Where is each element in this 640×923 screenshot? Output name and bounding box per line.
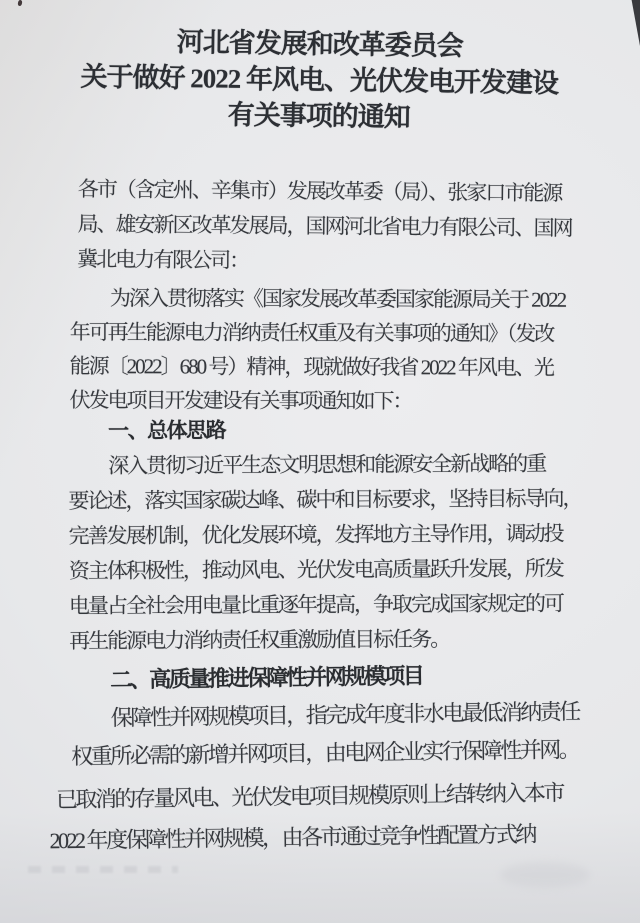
section-1-heading: 一、总体思路	[68, 411, 581, 449]
intro-line: 为深入贯彻落实《国家发展改革委国家能源局关于 2022	[70, 281, 565, 317]
section-1-line: 完善发展机制，优化发展环境，发挥地方主导作用，调动投	[69, 516, 582, 554]
paper-showthrough-marks	[28, 866, 178, 873]
addressee-line: 冀北电力有限公司：	[77, 242, 571, 281]
document-page: 河北省发展和改革委员会 关于做好 2022 年风电、光伏发电开发建设 有关事项的…	[0, 0, 640, 923]
section-1-line: 电量占全社会用电量比重逐年提高，争取完成国家规定的可	[69, 586, 582, 624]
notice-title: 河北省发展和改革委员会 关于做好 2022 年风电、光伏发电开发建设 有关事项的…	[0, 22, 640, 139]
section-2: 二、高质量推进保障性并网规模项目 保障性并网规模项目，指完成年度非水电最低消纳责…	[70, 655, 581, 860]
section-1-line: 要论述，落实国家碳达峰、碳中和目标要求，坚持目标导向，	[68, 481, 581, 519]
addressee-line: 各市（含定州、辛集市）发展改革委（局）、张家口市能源	[78, 172, 572, 211]
intro-paragraph: 为深入贯彻落实《国家发展改革委国家能源局关于 2022 年可再生能源电力消纳责任…	[70, 281, 566, 419]
section-1-line: 资主体积极性，推动风电、光伏发电高质量跃升发展，所发	[69, 551, 582, 589]
paper-showthrough-blot	[500, 862, 590, 888]
section-1: 一、总体思路 深入贯彻习近平生态文明思想和能源安全新战略的重 要论述，落实国家碳…	[68, 411, 582, 659]
intro-line: 年可再生能源电力消纳责任权重及有关事项的通知》（发改	[70, 315, 565, 351]
intro-line: 能源〔2022〕680 号）精神，现就做好我省 2022 年风电、光	[70, 349, 565, 385]
section-2-line: 权重所必需的新增并网项目，由电网企业实行保障性并网。	[71, 731, 579, 776]
addressee-line: 局、雄安新区改革发展局，国网河北省电力有限公司、国网	[77, 207, 571, 246]
section-1-line: 深入贯彻习近平生态文明思想和能源安全新战略的重	[68, 446, 581, 484]
section-2-line: 2022 年度保障性并网规模，由各市通过竞争性配置方式纳	[49, 812, 581, 860]
ink-speck	[17, 0, 22, 6]
section-1-line: 再生能源电力消纳责任权重激励值目标任务。	[69, 621, 582, 659]
addressee-paragraph: 各市（含定州、辛集市）发展改革委（局）、张家口市能源 局、雄安新区改革发展局，国…	[77, 172, 572, 281]
section-2-line: 已取消的存量风电、光伏发电项目规模原则上结转纳入本市	[56, 769, 581, 819]
